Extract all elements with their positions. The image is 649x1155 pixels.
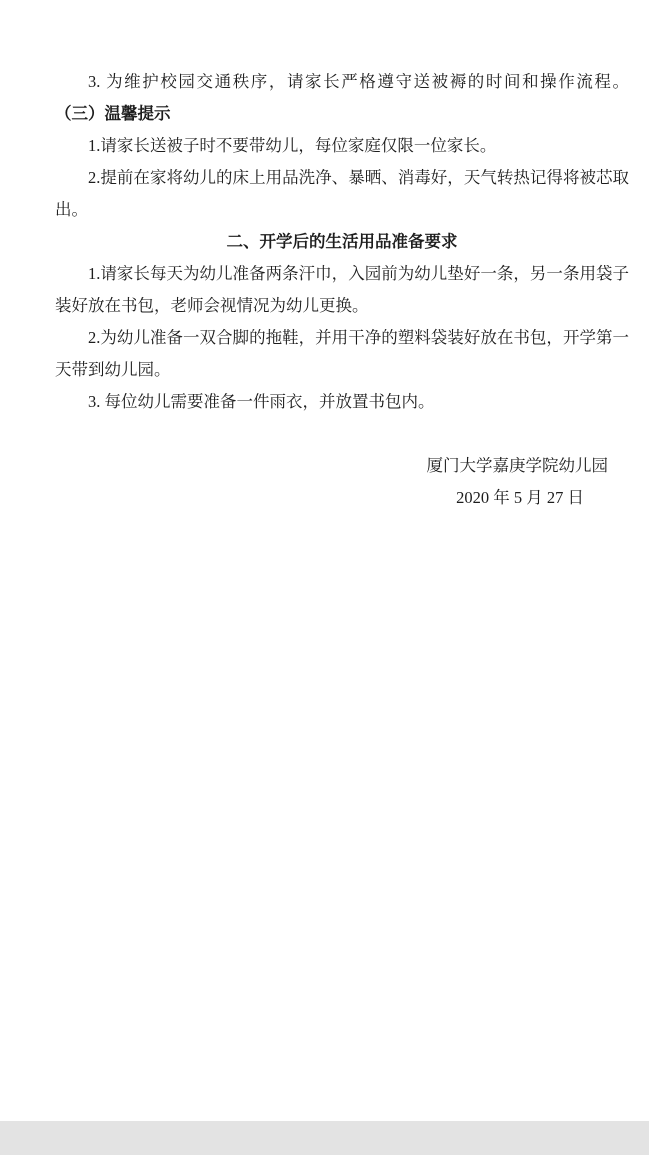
tip-item-wash-bedding: 2.提前在家将幼儿的床上用品洗净、暴晒、消毒好，天气转热记得将被芯取出。 xyxy=(55,162,629,226)
signature-block: 厦门大学嘉庚学院幼儿园 2020 年 5 月 27 日 xyxy=(55,450,629,514)
notice-item-traffic-rule: 3. 为维护校园交通秩序，请家长严格遵守送被褥的时间和操作流程。 xyxy=(55,66,629,98)
supply-item-slippers: 2.为幼儿准备一双合脚的拖鞋，并用干净的塑料袋装好放在书包，开学第一天带到幼儿园… xyxy=(55,322,629,386)
signature-organization: 厦门大学嘉庚学院幼儿园 xyxy=(55,450,629,482)
notice-document: 3. 为维护校园交通秩序，请家长严格遵守送被褥的时间和操作流程。 （三）温馨提示… xyxy=(0,0,649,514)
tip-item-no-children: 1.请家长送被子时不要带幼儿，每位家庭仅限一位家长。 xyxy=(55,130,629,162)
footer-band xyxy=(0,1121,649,1155)
signature-date: 2020 年 5 月 27 日 xyxy=(55,482,629,514)
supply-item-raincoat: 3. 每位幼儿需要准备一件雨衣，并放置书包内。 xyxy=(55,386,629,418)
document-page: { "page": { "background": "#ffffff", "te… xyxy=(0,0,649,1155)
supply-item-towels: 1.请家长每天为幼儿准备两条汗巾，入园前为幼儿垫好一条，另一条用袋子装好放在书包… xyxy=(55,258,629,322)
section-heading-warm-tips: （三）温馨提示 xyxy=(55,98,629,130)
section-heading-supplies: 二、开学后的生活用品准备要求 xyxy=(55,226,629,258)
